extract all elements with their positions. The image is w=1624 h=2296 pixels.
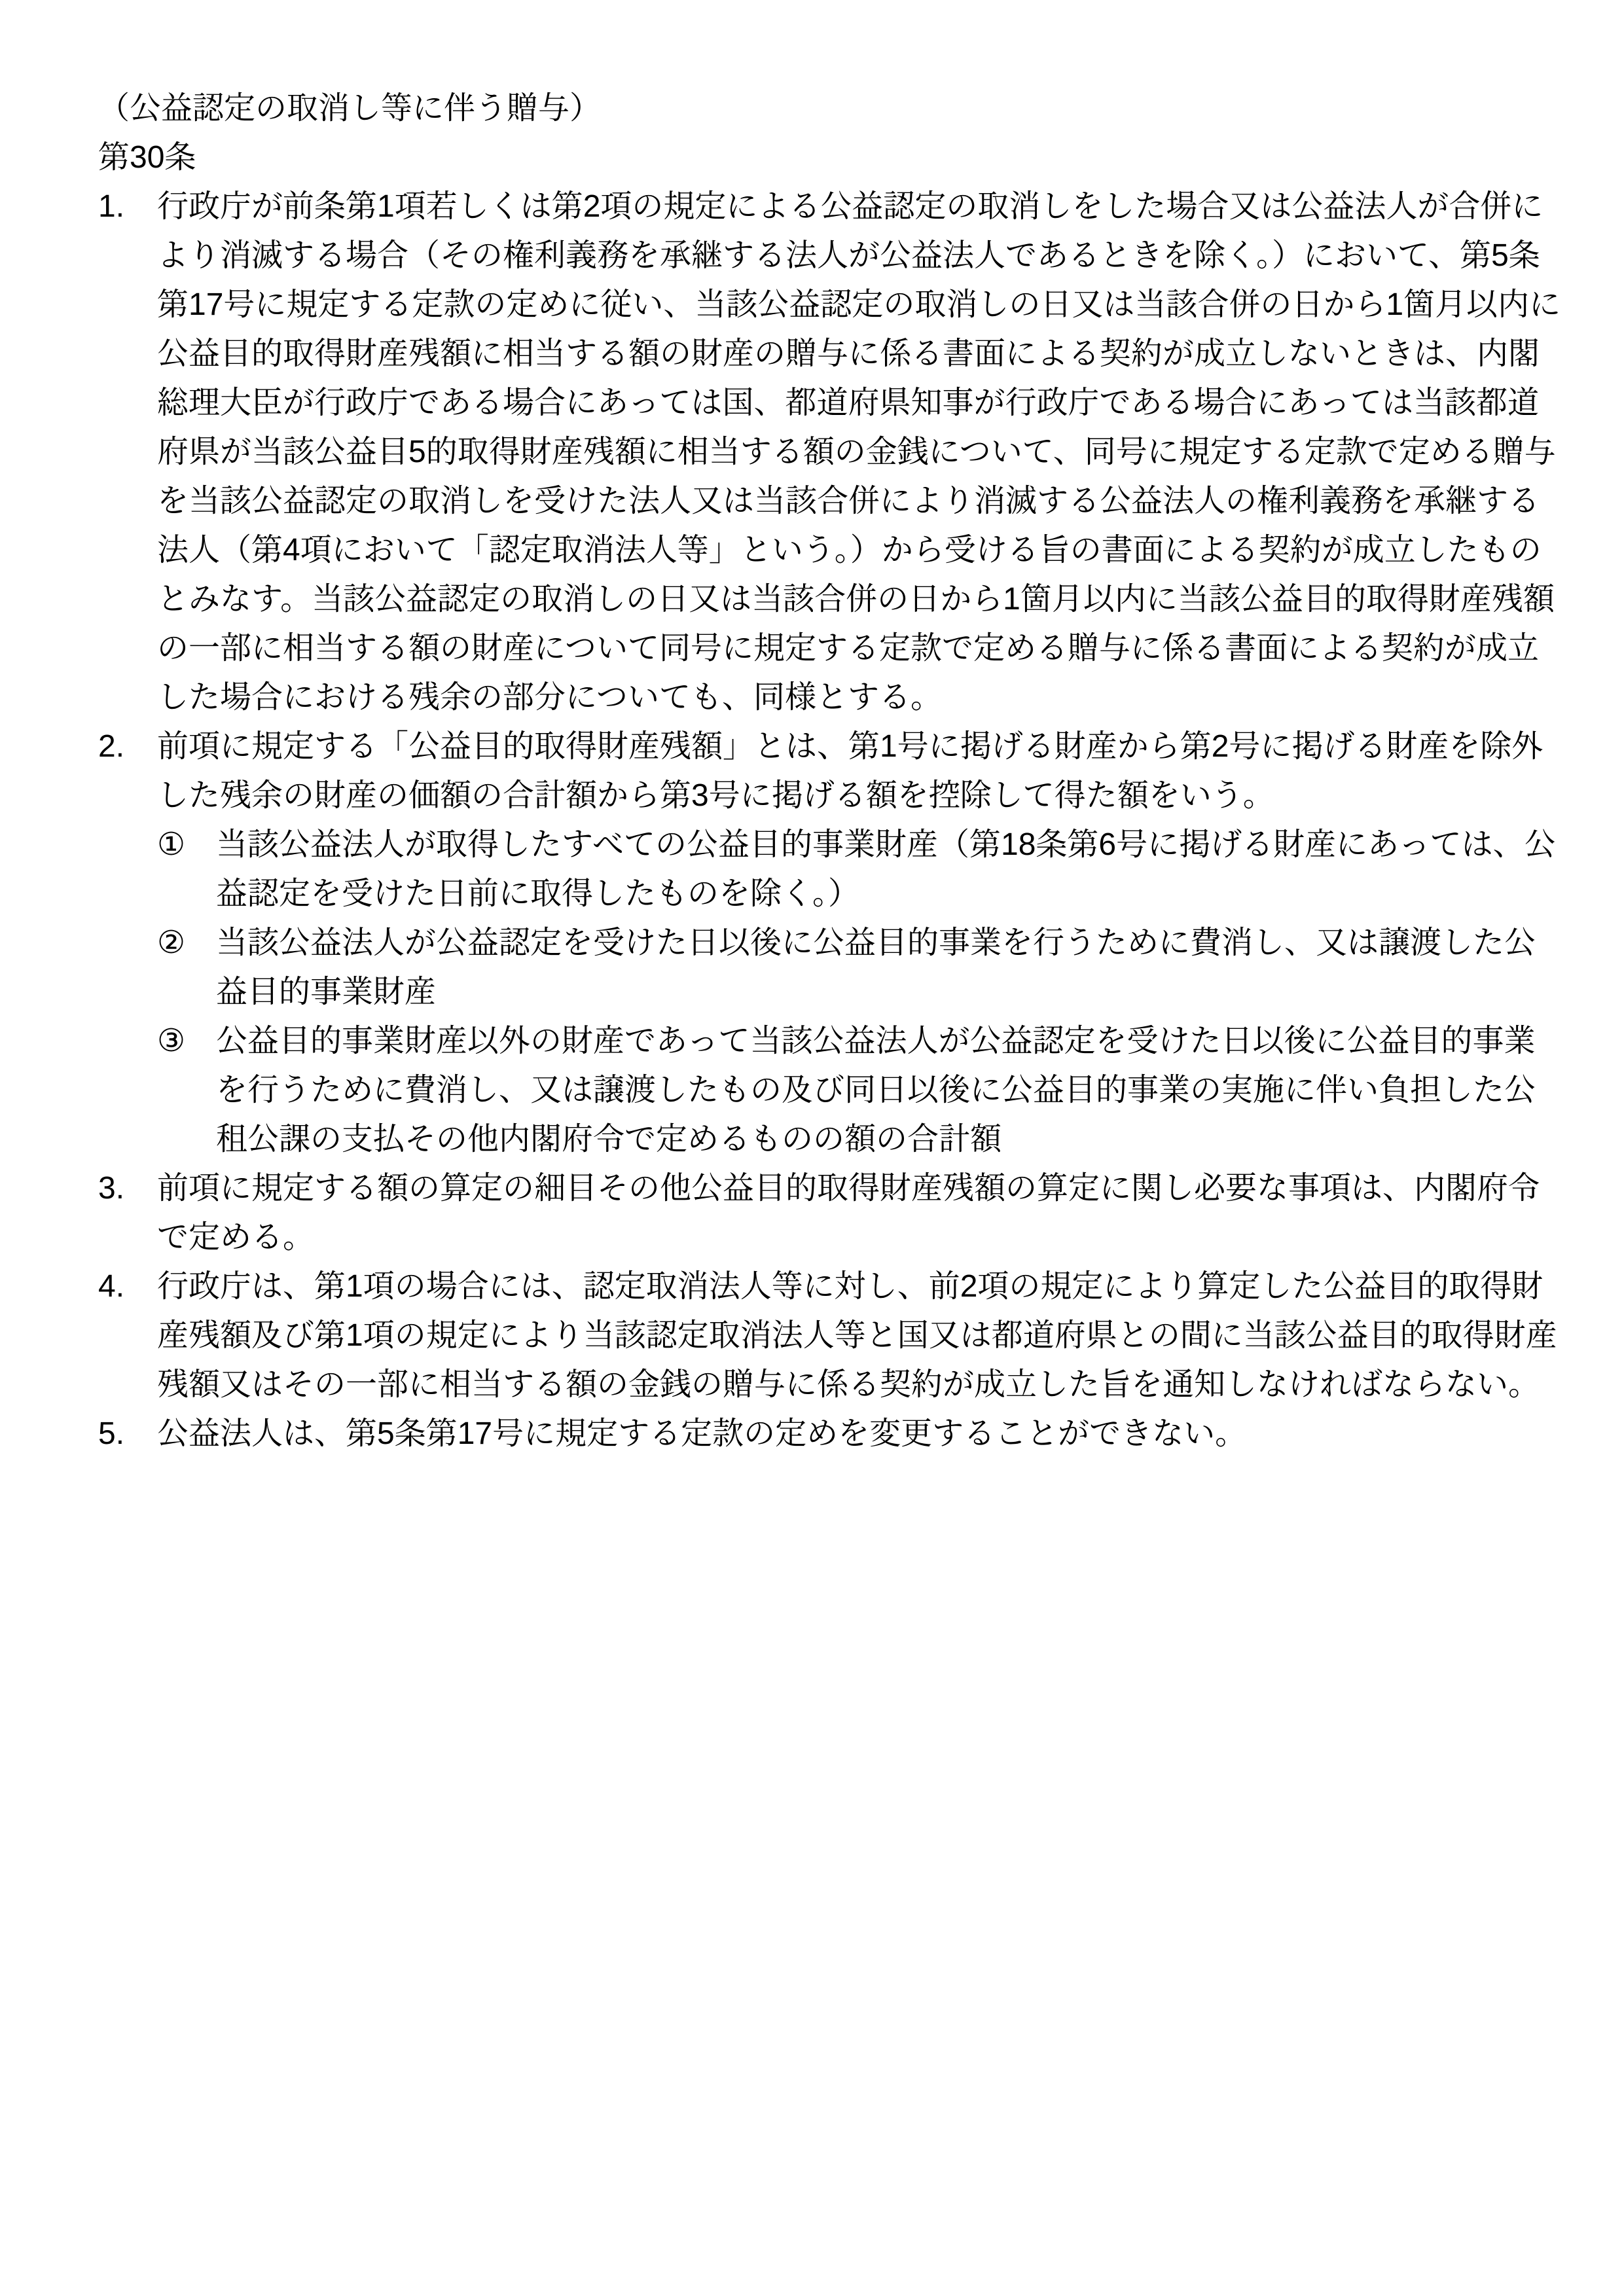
- paragraph-2-subitem-3: ③ 公益目的事業財産以外の財産であって当該公益法人が公益認定を受けた日以後に公益…: [157, 1016, 1564, 1164]
- paragraph-3: 3. 前項に規定する額の算定の細目その他公益目的取得財産残額の算定に関し必要な事…: [98, 1164, 1564, 1262]
- paragraph-2-subitem-1: ① 当該公益法人が取得したすべての公益目的事業財産（第18条第6号に掲げる財産に…: [157, 820, 1564, 918]
- paragraph-1-number: 1.: [98, 182, 157, 231]
- paragraph-3-number: 3.: [98, 1164, 157, 1213]
- document-page: （公益認定の取消し等に伴う贈与） 第30条 1. 行政庁が前条第1項若しくは第2…: [0, 0, 1624, 2296]
- article-number: 第30条: [98, 133, 1564, 182]
- paragraph-2-subitem-2: ② 当該公益法人が公益認定を受けた日以後に公益目的事業を行うために費消し、又は譲…: [157, 918, 1564, 1016]
- paragraph-4-number: 4.: [98, 1262, 157, 1311]
- paragraph-5-text: 公益法人は、第5条第17号に規定する定款の定めを変更することができない。: [157, 1409, 1564, 1458]
- paragraph-5-number: 5.: [98, 1409, 157, 1458]
- paragraph-1-text: 行政庁が前条第1項若しくは第2項の規定による公益認定の取消しをした場合又は公益法…: [157, 182, 1564, 722]
- subitem-2-text: 当該公益法人が公益認定を受けた日以後に公益目的事業を行うために費消し、又は譲渡し…: [216, 918, 1564, 1016]
- subitem-3-marker: ③: [157, 1016, 216, 1066]
- paragraph-4: 4. 行政庁は、第1項の場合には、認定取消法人等に対し、前2項の規定により算定し…: [98, 1262, 1564, 1409]
- paragraph-1: 1. 行政庁が前条第1項若しくは第2項の規定による公益認定の取消しをした場合又は…: [98, 182, 1564, 722]
- paragraph-5: 5. 公益法人は、第5条第17号に規定する定款の定めを変更することができない。: [98, 1409, 1564, 1458]
- paragraph-3-text: 前項に規定する額の算定の細目その他公益目的取得財産残額の算定に関し必要な事項は、…: [157, 1164, 1564, 1262]
- paragraph-2: 2. 前項に規定する「公益目的取得財産残額」とは、第1号に掲げる財産から第2号に…: [98, 722, 1564, 820]
- subitem-3-text: 公益目的事業財産以外の財産であって当該公益法人が公益認定を受けた日以後に公益目的…: [216, 1016, 1564, 1164]
- article-heading: （公益認定の取消し等に伴う贈与）: [98, 84, 1564, 133]
- paragraph-2-text: 前項に規定する「公益目的取得財産残額」とは、第1号に掲げる財産から第2号に掲げる…: [157, 722, 1564, 820]
- subitem-2-marker: ②: [157, 918, 216, 967]
- subitem-1-text: 当該公益法人が取得したすべての公益目的事業財産（第18条第6号に掲げる財産にあっ…: [216, 820, 1564, 918]
- subitem-1-marker: ①: [157, 820, 216, 869]
- paragraph-4-text: 行政庁は、第1項の場合には、認定取消法人等に対し、前2項の規定により算定した公益…: [157, 1262, 1564, 1409]
- paragraph-2-number: 2.: [98, 722, 157, 771]
